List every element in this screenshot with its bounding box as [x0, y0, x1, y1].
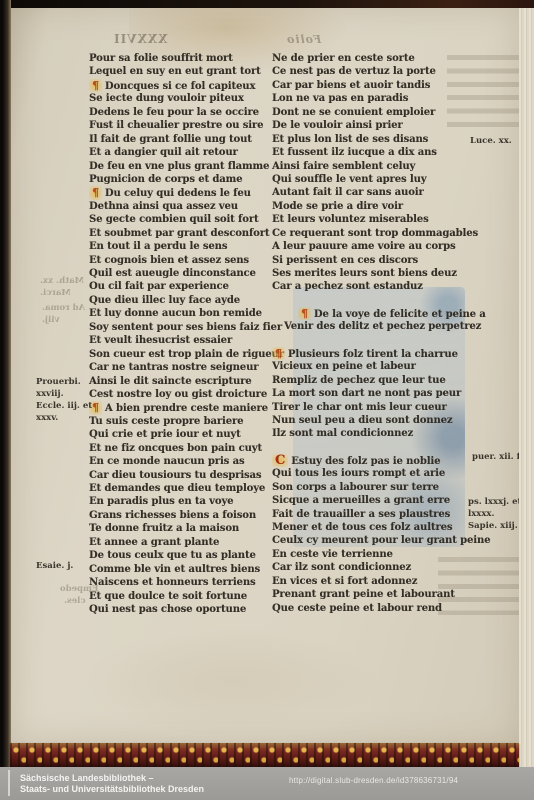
margin-note-ghost: Ad roma.	[42, 303, 85, 313]
margin-note-ghost-text: Math. xx.	[40, 276, 84, 286]
margin-note-ghost: viij.	[42, 315, 59, 325]
manuscript-scan: XXXVII Folio Pour sa folie souffrit mort…	[0, 0, 534, 800]
book-fore-edge	[519, 7, 534, 767]
margin-note-ghost-text: Ad roma.	[42, 303, 85, 313]
footer-divider	[8, 770, 10, 796]
library-name-line2: Staats- und Universitätsbibliothek Dresd…	[20, 784, 204, 795]
gilt-edge-band	[10, 743, 519, 767]
margin-note-ghost: cles.	[64, 596, 86, 606]
margin-note-ghost-text: cles.	[64, 596, 86, 606]
margin-note-ghost-text: Marci.	[40, 288, 71, 298]
margin-note-ghost-text: Empedo	[60, 584, 98, 594]
scan-edge-top	[0, 0, 534, 8]
margin-note-ghost: Marci.	[40, 288, 71, 298]
margin-notes-show-through: Math. xx. Marci. Ad roma. viij. Empedo c…	[0, 0, 534, 800]
margin-note-ghost: Empedo	[60, 584, 98, 594]
library-name: Sächsische Landesbibliothek – Staats- un…	[20, 773, 204, 795]
digital-object-url: http://digital.slub-dresden.de/id3786367…	[289, 776, 458, 785]
library-footer-bar: Sächsische Landesbibliothek – Staats- un…	[0, 767, 534, 800]
margin-note-ghost: Math. xx.	[40, 276, 84, 286]
library-name-line1: Sächsische Landesbibliothek –	[20, 773, 204, 784]
book-spine-edge	[0, 0, 11, 768]
margin-note-ghost-text: viij.	[42, 315, 59, 325]
